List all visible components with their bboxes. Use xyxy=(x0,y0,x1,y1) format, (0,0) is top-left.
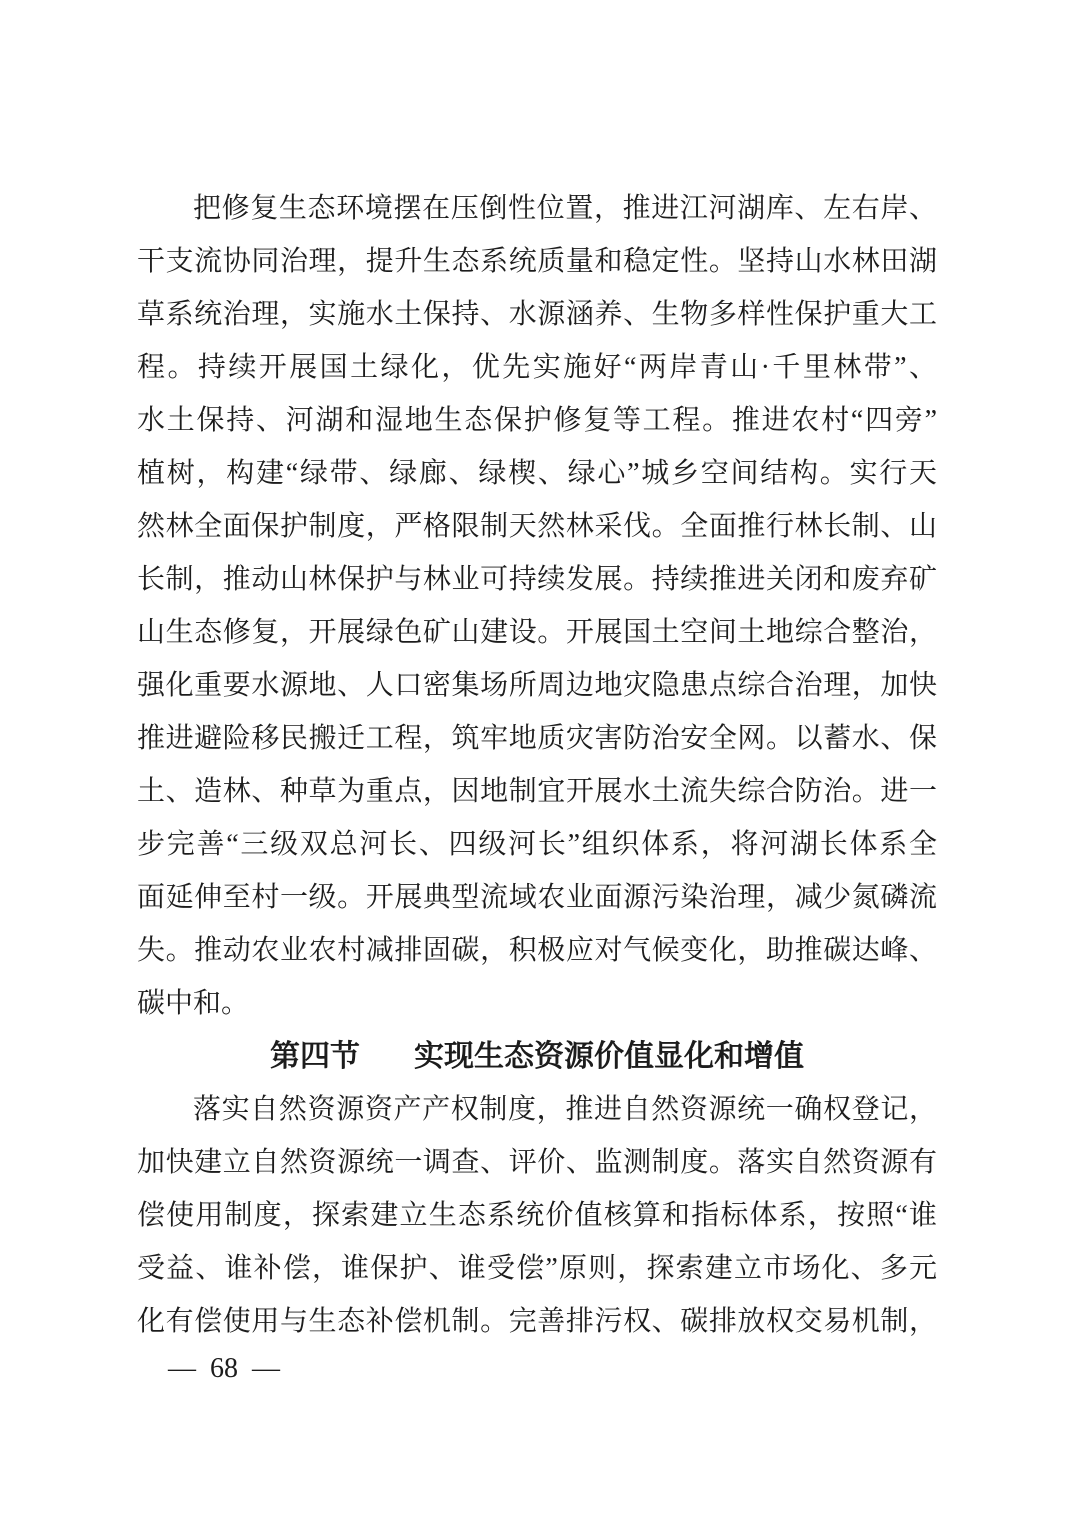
footer-dash-right: — xyxy=(252,1353,280,1384)
text-line: 植树，构建“绿带、绿廊、绿楔、绿心”城乡空间结构。实行天 xyxy=(137,447,937,500)
text-line: 强化重要水源地、人口密集场所周边地灾隐患点综合治理，加快 xyxy=(137,659,937,712)
text-line: 把修复生态环境摆在压倒性位置，推进江河湖库、左右岸、 xyxy=(137,182,937,235)
footer-dash-left: — xyxy=(168,1353,196,1384)
text-line: 草系统治理，实施水土保持、水源涵养、生物多样性保护重大工 xyxy=(137,288,937,341)
section-heading: 第四节实现生态资源价值显化和增值 xyxy=(137,1030,937,1083)
footer-page-number: 68 xyxy=(210,1353,238,1384)
text-line: 化有偿使用与生态补偿机制。完善排污权、碳排放权交易机制， xyxy=(137,1295,937,1348)
text-line: 落实自然资源资产产权制度，推进自然资源统一确权登记， xyxy=(137,1083,937,1136)
text-line: 然林全面保护制度，严格限制天然林采伐。全面推行林长制、山 xyxy=(137,500,937,553)
text-line: 推进避险移民搬迁工程，筑牢地质灾害防治安全网。以蓄水、保 xyxy=(137,712,937,765)
page-number: —68— xyxy=(168,1342,280,1395)
paragraph-2: 落实自然资源资产产权制度，推进自然资源统一确权登记， 加快建立自然资源统一调查、… xyxy=(137,1083,937,1348)
text-line: 山生态修复，开展绿色矿山建设。开展国土空间土地综合整治， xyxy=(137,606,937,659)
text-line: 偿使用制度，探索建立生态系统价值核算和指标体系，按照“谁 xyxy=(137,1189,937,1242)
section-title: 实现生态资源价值显化和增值 xyxy=(414,1040,804,1073)
text-line: 水土保持、河湖和湿地生态保护修复等工程。推进农村“四旁” xyxy=(137,394,937,447)
text-line: 土、造林、种草为重点，因地制宜开展水土流失综合防治。进一 xyxy=(137,765,937,818)
text-line: 碳中和。 xyxy=(137,977,937,1030)
text-line: 程。持续开展国土绿化，优先实施好“两岸青山·千里林带”、 xyxy=(137,341,937,394)
text-line: 步完善“三级双总河长、四级河长”组织体系，将河湖长体系全 xyxy=(137,818,937,871)
text-line: 加快建立自然资源统一调查、评价、监测制度。落实自然资源有 xyxy=(137,1136,937,1189)
text-line: 面延伸至村一级。开展典型流域农业面源污染治理，减少氮磷流 xyxy=(137,871,937,924)
text-line: 干支流协同治理，提升生态系统质量和稳定性。坚持山水林田湖 xyxy=(137,235,937,288)
text-line: 失。推动农业农村减排固碳，积极应对气候变化，助推碳达峰、 xyxy=(137,924,937,977)
document-body: 把修复生态环境摆在压倒性位置，推进江河湖库、左右岸、 干支流协同治理，提升生态系… xyxy=(137,182,937,1348)
section-number: 第四节 xyxy=(270,1040,360,1073)
text-line: 受益、谁补偿，谁保护、谁受偿”原则，探索建立市场化、多元 xyxy=(137,1242,937,1295)
text-line: 长制，推动山林保护与林业可持续发展。持续推进关闭和废弃矿 xyxy=(137,553,937,606)
paragraph-1: 把修复生态环境摆在压倒性位置，推进江河湖库、左右岸、 干支流协同治理，提升生态系… xyxy=(137,182,937,1030)
